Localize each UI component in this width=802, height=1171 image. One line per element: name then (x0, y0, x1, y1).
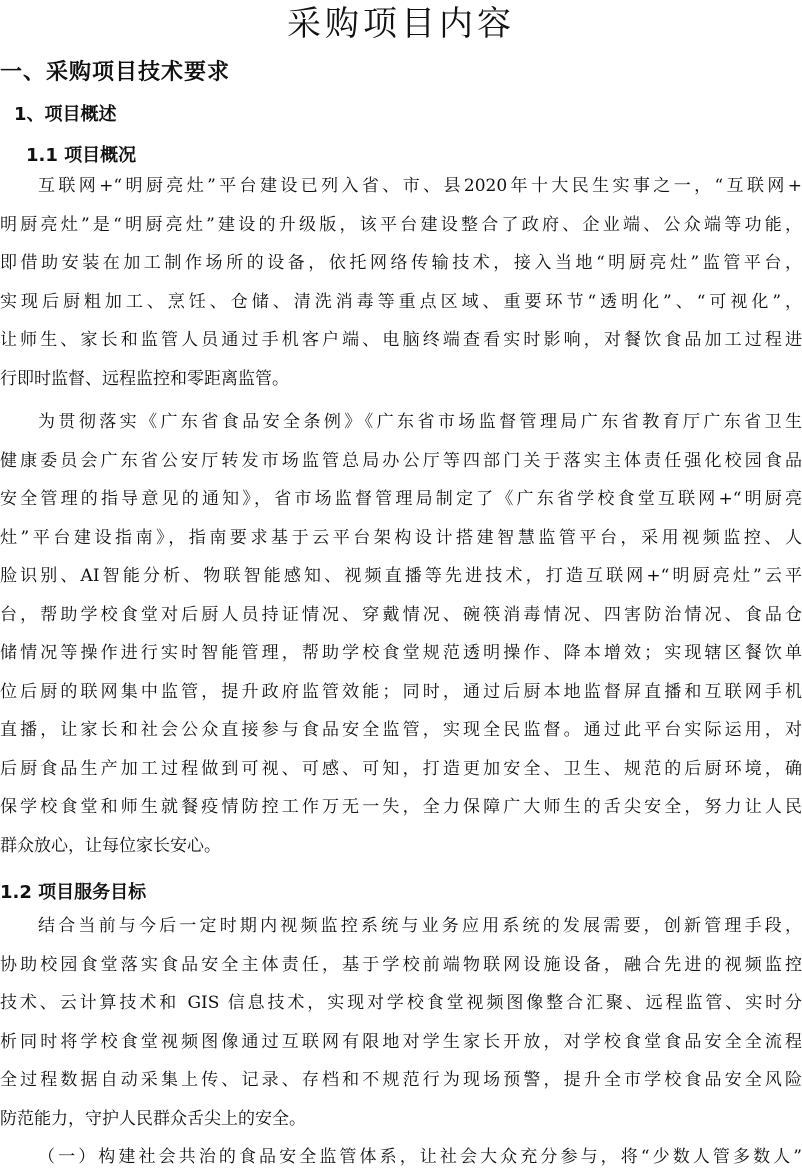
paragraph-line: 安全管理的指导意见的通知》，省市场监督管理局制定了《广东省学校食堂互联网+“明厨… (0, 480, 802, 519)
paragraph-line: 技术、云计算技术和 GIS 信息技术，实现对学校食堂视频图像整合汇聚、远程监管、… (0, 984, 802, 1023)
paragraph-line: 健康委员会广东省公安厅转发市场监管总局办公厅等四部门关于落实主体责任强化校园食品 (0, 442, 802, 481)
paragraph-line: 位后厨的联网集中监管，提升政府监管效能；同时，通过后厨本地监督屏直播和互联网手机 (0, 673, 802, 712)
paragraph-line: 明厨亮灶”是“明厨亮灶”建设的升级版，该平台建设整合了政府、企业端、公众端等功能… (0, 206, 802, 245)
paragraph-line: 保学校食堂和师生就餐疫情防控工作万无一失，全力保障广大师生的舌尖安全，努力让人民 (0, 788, 802, 827)
paragraph-line: 灶”平台建设指南》，指南要求基于云平台架构设计搭建智慧监管平台，采用视频监控、人 (0, 519, 802, 558)
paragraph-policy-background: 为贯彻落实《广东省食品安全条例》《广东省市场监督管理局广东省教育厅广东省卫生 健… (0, 403, 802, 865)
subsection-heading-service-goals: 1.2 项目服务目标 (0, 878, 146, 904)
paragraph-line: 即借助安装在加工制作场所的设备，依托网络传输技术，接入当地“明厨亮灶”监管平台， (0, 244, 802, 283)
paragraph-line: 协助校园食堂落实食品安全主体责任，基于学校前端物联网设施设备，融合先进的视频监控 (0, 946, 802, 985)
paragraph-line: 储情况等操作进行实时智能管理，帮助学校食堂规范透明操作、降本增效；实现辖区餐饮单 (0, 634, 802, 673)
paragraph-line: 群众放心，让每位家长安心。 (0, 827, 802, 866)
subsection-heading-project-overview: 1、项目概述 (14, 100, 117, 126)
section-heading-technical-requirements: 一、采购项目技术要求 (0, 55, 230, 86)
paragraph-line: 实现后厨粗加工、烹饪、仓储、清洗消毒等重点区域、重要环节“透明化”、“可视化”， (0, 283, 802, 322)
paragraph-line: 台，帮助学校食堂对后厨人员持证情况、穿戴情况、碗筷消毒情况、四害防治情况、食品仓 (0, 596, 802, 635)
paragraph-line: 后厨食品生产加工过程做到可视、可感、可知，打造更加安全、卫生、规范的后厨环境，确 (0, 750, 802, 789)
paragraph-line: （一）构建社会共治的食品安全监管体系，让社会大众充分参与，将“少数人管多数人” (0, 1138, 802, 1171)
paragraph-line: 让师生、家长和监管人员通过手机客户端、电脑终端查看实时影响，对餐饮食品加工过程进 (0, 321, 802, 360)
paragraph-social-governance: （一）构建社会共治的食品安全监管体系，让社会大众充分参与，将“少数人管多数人” (0, 1138, 802, 1171)
paragraph-line: 析同时将学校食堂视频图像通过互联网有限地对学生家长开放，对学校食堂食品安全全流程 (0, 1023, 802, 1062)
document-title: 采购项目内容 (0, 2, 802, 46)
paragraph-line: 为贯彻落实《广东省食品安全条例》《广东省市场监督管理局广东省教育厅广东省卫生 (0, 403, 802, 442)
paragraph-line: 全过程数据自动采集上传、记录、存档和不规范行为现场预警，提升全市学校食品安全风险 (0, 1061, 802, 1100)
paragraph-line: 直播，让家长和社会公众直接参与食品安全监管，实现全民监督。通过此平台实际运用，对 (0, 711, 802, 750)
paragraph-line: 脸识别、AI智能分析、物联智能感知、视频直播等先进技术，打造互联网+“明厨亮灶”… (0, 557, 802, 596)
paragraph-line: 互联网+“明厨亮灶”平台建设已列入省、市、县2020年十大民生实事之一，“互联网… (0, 167, 802, 206)
paragraph-line: 防范能力，守护人民群众舌尖上的安全。 (0, 1100, 802, 1139)
paragraph-platform-intro: 互联网+“明厨亮灶”平台建设已列入省、市、县2020年十大民生实事之一，“互联网… (0, 167, 802, 398)
paragraph-line: 行即时监督、远程监控和零距离监管。 (0, 360, 802, 399)
subsection-heading-project-summary: 1.1 项目概况 (26, 141, 136, 167)
paragraph-line: 结合当前与今后一定时期内视频监控系统与业务应用系统的发展需要，创新管理手段， (0, 907, 802, 946)
paragraph-service-goals: 结合当前与今后一定时期内视频监控系统与业务应用系统的发展需要，创新管理手段， 协… (0, 907, 802, 1138)
